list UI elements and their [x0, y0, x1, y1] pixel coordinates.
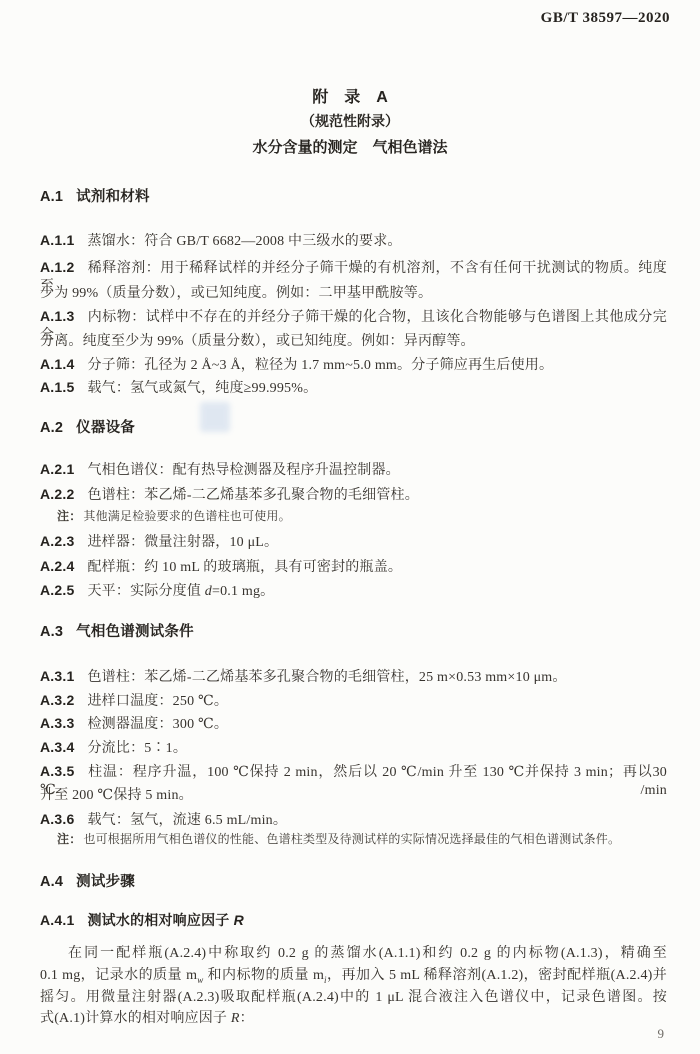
item-text: 载气：氢气或氮气，纯度≥99.995%。: [87, 381, 317, 396]
item-a3-3: A.3.3检测器温度：300 ℃。: [40, 714, 667, 734]
section-heading-a3: A.3气相色谱测试条件: [40, 623, 667, 642]
standard-number: GB/T 38597—2020: [541, 10, 670, 27]
item-a3-4: A.3.4分流比：5∶1。: [40, 738, 667, 758]
item-number: A.2.4: [40, 558, 74, 574]
item-number: A.2.1: [40, 461, 74, 477]
item-number: A.2.2: [40, 486, 74, 502]
section-number: A.2: [40, 420, 63, 436]
item-text: 分离。纯度至少为 99%（质量分数），或已知纯度。例如：异丙醇等。: [40, 334, 475, 349]
variable-R: R: [234, 912, 244, 928]
section-heading-a4: A.4测试步骤: [40, 873, 667, 892]
item-a1-5: A.1.5载气：氢气或氮气，纯度≥99.995%。: [40, 378, 667, 398]
item-text: 天平：实际分度值: [87, 584, 204, 599]
item-number: A.2.5: [40, 582, 74, 598]
item-text: =0.1 mg。: [212, 584, 274, 599]
section-title: 气相色谱测试条件: [76, 624, 194, 640]
item-number: A.1.5: [40, 379, 74, 395]
item-number: A.1.2: [40, 259, 74, 275]
section-number: A.1: [40, 189, 63, 205]
item-text: 升至 200 ℃保持 5 min。: [40, 788, 193, 803]
variable-R: R: [231, 1011, 240, 1026]
section-title: 试剂和材料: [76, 189, 150, 205]
note-label: 注：: [57, 832, 81, 846]
paragraph-text: 和内标物的质量 m: [203, 968, 324, 983]
item-number: A.3.5: [40, 763, 74, 779]
variable-d: d: [205, 584, 212, 599]
item-text: 检测器温度：300 ℃。: [87, 717, 228, 732]
item-number: A.3.2: [40, 692, 74, 708]
item-a3-1: A.3.1色谱柱：苯乙烯-二乙烯基苯多孔聚合物的毛细管柱，25 m×0.53 m…: [40, 667, 667, 687]
item-a2-2: A.2.2色谱柱：苯乙烯-二乙烯基苯多孔聚合物的毛细管柱。: [40, 485, 667, 505]
item-a2-5: A.2.5天平：实际分度值 d=0.1 mg。: [40, 581, 667, 601]
note-a2-2: 注：其他满足检验要求的色谱柱也可使用。: [57, 509, 667, 525]
normative-label: （规范性附录）: [0, 111, 700, 131]
section-number: A.3: [40, 624, 63, 640]
item-a2-4: A.2.4配样瓶：约 10 mL 的玻璃瓶，具有可密封的瓶盖。: [40, 557, 667, 577]
item-a3-2: A.3.2进样口温度：250 ℃。: [40, 691, 667, 711]
item-number: A.2.3: [40, 533, 74, 549]
section-number: A.4: [40, 874, 63, 890]
item-a3-5-cont: 升至 200 ℃保持 5 min。: [40, 787, 667, 805]
item-text: 载气：氢气，流速 6.5 mL/min。: [87, 813, 287, 828]
note-text: 也可根据所用气相色谱仪的性能、色谱柱类型及待测试样的实际情况选择最佳的气相色谱测…: [83, 832, 620, 846]
paragraph-text: ，再加入 5 mL 稀释溶剂(A.1.2)，密封配样瓶(A.2.4)并: [327, 968, 667, 983]
item-number: A.3.1: [40, 668, 74, 684]
section-title: 测试步骤: [76, 874, 135, 890]
item-text: 气相色谱仪：配有热导检测器及程序升温控制器。: [87, 463, 399, 478]
item-a1-2-cont: 少为 99%（质量分数），或已知纯度。例如：二甲基甲酰胺等。: [40, 285, 667, 303]
item-number: A.1.4: [40, 356, 74, 372]
item-a2-1: A.2.1气相色谱仪：配有热导检测器及程序升温控制器。: [40, 460, 667, 480]
item-text: 蒸馏水：符合 GB/T 6682—2008 中三级水的要求。: [87, 234, 401, 249]
item-a2-3: A.2.3进样器：微量注射器，10 μL。: [40, 532, 667, 552]
item-a1-4: A.1.4分子筛：孔径为 2 Å~3 Å，粒径为 1.7 mm~5.0 mm。分…: [40, 355, 667, 375]
item-a3-6: A.3.6载气：氢气，流速 6.5 mL/min。: [40, 810, 667, 830]
item-text: 进样口温度：250 ℃。: [87, 694, 228, 709]
paragraph-line: 在同一配样瓶(A.2.4)中称取约 0.2 g 的蒸馏水(A.1.1)和约 0.…: [68, 945, 667, 963]
subsection-title: 测试水的相对响应因子: [87, 912, 233, 928]
note-label: 注：: [57, 509, 81, 523]
section-title: 仪器设备: [76, 420, 135, 436]
section-heading-a2: A.2仪器设备: [40, 419, 667, 438]
doc-title: 水分含量的测定 气相色谱法: [0, 136, 700, 157]
document-page: GB/T 38597—2020 附 录 A （规范性附录） 水分含量的测定 气相…: [0, 0, 700, 1054]
item-text: 色谱柱：苯乙烯-二乙烯基苯多孔聚合物的毛细管柱。: [87, 488, 418, 503]
section-heading-a1: A.1试剂和材料: [40, 188, 667, 207]
item-text: 进样器：微量注射器，10 μL。: [87, 535, 278, 550]
paragraph-line: 式(A.1)计算水的相对响应因子 R：: [40, 1010, 667, 1028]
note-text: 其他满足检验要求的色谱柱也可使用。: [83, 509, 290, 523]
item-number: A.3.4: [40, 739, 74, 755]
item-number: A.3.3: [40, 715, 74, 731]
item-text: 分子筛：孔径为 2 Å~3 Å，粒径为 1.7 mm~5.0 mm。分子筛应再生…: [87, 358, 553, 373]
page-number: 9: [658, 1026, 665, 1042]
item-number: A.1.1: [40, 232, 74, 248]
item-text: 色谱柱：苯乙烯-二乙烯基苯多孔聚合物的毛细管柱，25 m×0.53 mm×10 …: [87, 670, 566, 685]
subsection-heading-a4-1: A.4.1测试水的相对响应因子 R: [40, 911, 667, 931]
item-a1-1: A.1.1蒸馏水：符合 GB/T 6682—2008 中三级水的要求。: [40, 231, 667, 251]
item-text: 配样瓶：约 10 mL 的玻璃瓶，具有可密封的瓶盖。: [87, 560, 402, 575]
item-a1-3-cont: 分离。纯度至少为 99%（质量分数），或已知纯度。例如：异丙醇等。: [40, 333, 667, 351]
paragraph-text: 0.1 mg，记录水的质量 m: [40, 968, 197, 983]
item-number: A.3.6: [40, 811, 74, 827]
paragraph-text: 式(A.1)计算水的相对响应因子: [40, 1011, 231, 1026]
paragraph-text: 在同一配样瓶(A.2.4)中称取约 0.2 g 的蒸馏水(A.1.1)和约 0.…: [68, 946, 667, 961]
item-number: A.1.3: [40, 308, 74, 324]
paragraph-text: 摇匀。用微量注射器(A.2.3)吸取配样瓶(A.2.4)中的 1 μL 混合液注…: [40, 990, 667, 1005]
item-text: 分流比：5∶1。: [87, 741, 187, 756]
appendix-title: 附 录 A: [0, 84, 700, 107]
note-a3-6: 注：也可根据所用气相色谱仪的性能、色谱柱类型及待测试样的实际情况选择最佳的气相色…: [57, 832, 667, 848]
item-text: 少为 99%（质量分数），或已知纯度。例如：二甲基甲酰胺等。: [40, 286, 432, 301]
subsection-number: A.4.1: [40, 912, 74, 928]
paragraph-line: 摇匀。用微量注射器(A.2.3)吸取配样瓶(A.2.4)中的 1 μL 混合液注…: [40, 989, 667, 1007]
paragraph-line: 0.1 mg，记录水的质量 mw 和内标物的质量 mi，再加入 5 mL 稀释溶…: [40, 967, 667, 986]
paragraph-text: ：: [240, 1011, 254, 1026]
